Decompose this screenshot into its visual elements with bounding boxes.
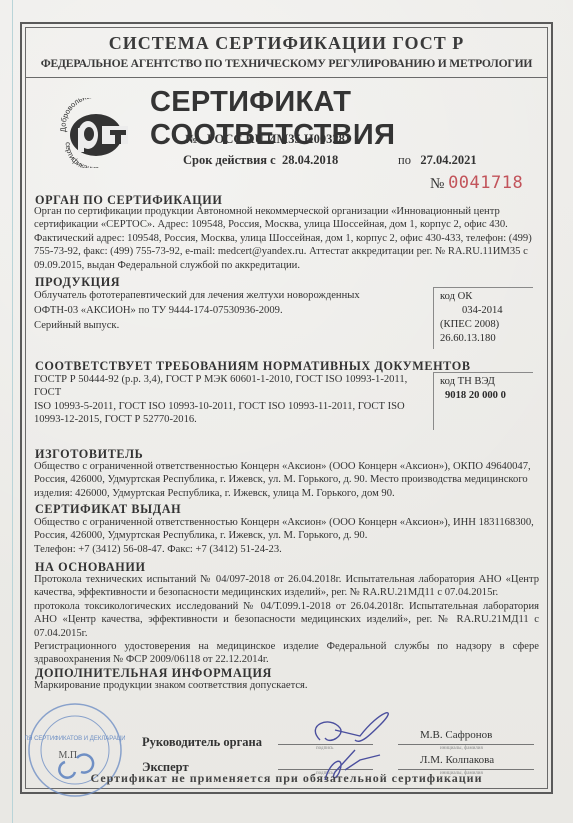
head-name-line: [398, 744, 534, 745]
issued-to-line: Телефон: +7 (3412) 56-08-47. Факс: +7 (3…: [34, 543, 549, 556]
standards-line: ГОСТР Р 50444-92 (р.р. 3,4), ГОСТ Р МЭК …: [34, 373, 434, 400]
agency-name: ФЕДЕРАЛЬНОЕ АГЕНТСТВО ПО ТЕХНИЧЕСКОМУ РЕ…: [25, 57, 548, 70]
to-label: по: [398, 153, 411, 167]
product-text: Облучатель фототерапевтический для лечен…: [34, 288, 424, 333]
valid-from: 28.04.2018: [282, 153, 338, 167]
product-line: ОФТН-03 «АКСИОН» по ТУ 9444-174-07530936…: [34, 303, 424, 318]
ok-code-label: код ОК: [440, 290, 533, 304]
certificate-number-row: № РОСС RU.ИМ35.Н00328: [185, 132, 345, 147]
manufacturer-text: Общество с ограниченной ответственностью…: [34, 460, 544, 500]
basis-paragraph: Регистрационного удостоверения на медици…: [34, 640, 539, 667]
head-of-body-label: Руководитель органа: [142, 735, 262, 750]
tnved-code-box: код ТН ВЭД 9018 20 000 0: [433, 372, 533, 430]
footer-note: Сертификат не применяется при обязательн…: [25, 771, 548, 786]
issued-to-text: Общество с ограниченной ответственностью…: [34, 516, 549, 556]
product-line: Облучатель фототерапевтический для лечен…: [34, 288, 424, 303]
expert-name-line: [398, 769, 534, 770]
section-heading-issued-to: СЕРТИФИКАТ ВЫДАН: [35, 502, 181, 517]
blank-number: 0041718: [448, 173, 523, 193]
validity-row: Срок действия с 28.04.2018: [183, 153, 338, 168]
basis-text: Протокола технических испытаний № 04/097…: [34, 573, 539, 667]
header-divider: [25, 77, 548, 78]
rst-logo-icon: Добровольная сертификация: [58, 98, 134, 168]
tnved-code-value: 9018 20 000 0: [440, 389, 533, 403]
svg-text:М.П.: М.П.: [58, 750, 79, 761]
ok-code-line: (КПЕС 2008): [440, 318, 533, 332]
blank-number-label: №: [430, 176, 444, 192]
product-line: Серийный выпуск.: [34, 318, 424, 333]
tnved-code-label: код ТН ВЭД: [440, 375, 533, 389]
basis-paragraph: Протокола технических испытаний № 04/097…: [34, 573, 539, 600]
certificate-number: РОСС RU.ИМ35.Н00328: [207, 132, 345, 146]
system-title: СИСТЕМА СЕРТИФИКАЦИИ ГОСТ Р: [25, 33, 548, 54]
valid-to: 27.04.2021: [420, 153, 476, 167]
blank-number-row: № 0041718: [430, 173, 523, 193]
additional-text: Маркирование продукции знаком соответств…: [34, 679, 539, 692]
number-label: №: [185, 132, 198, 146]
ok-code-line: 034-2014: [440, 304, 533, 318]
standards-line: 10993-12-2015, ГОСТ Р 52770-2016.: [34, 413, 434, 426]
issued-to-line: Россия, 426000, Удмуртская Республика, г…: [34, 529, 549, 542]
expert-name: Л.М. Колпакова: [420, 754, 494, 766]
scan-edge-line: [12, 0, 13, 823]
ok-code-line: 26.60.13.180: [440, 332, 533, 346]
section-heading-conformity: СООТВЕТСТВУЕТ ТРЕБОВАНИЯМ НОРМАТИВНЫХ ДО…: [35, 359, 471, 374]
name-caption: инициалы, фамилия: [440, 746, 483, 751]
certification-body-text: Орган по сертификации продукции Автономн…: [34, 205, 539, 272]
issued-to-line: Общество с ограниченной ответственностью…: [34, 516, 549, 529]
head-name: М.В. Сафронов: [420, 729, 492, 741]
validity-to-row: по 27.04.2021: [398, 153, 477, 168]
ok-code-box: код ОК 034-2014 (КПЕС 2008) 26.60.13.180: [433, 287, 533, 349]
standards-text: ГОСТР Р 50444-92 (р.р. 3,4), ГОСТ Р МЭК …: [34, 373, 434, 427]
validity-label: Срок действия с: [183, 153, 276, 167]
basis-paragraph: протокола токсикологических исследований…: [34, 600, 539, 640]
standards-line: ISO 10993-5-2011, ГОСТ ISO 10993-10-2011…: [34, 400, 434, 413]
svg-text:ДЛЯ СЕРТИФИКАТОВ И ДЕКЛАРАЦИЙ: ДЛЯ СЕРТИФИКАТОВ И ДЕКЛАРАЦИЙ: [25, 734, 125, 742]
